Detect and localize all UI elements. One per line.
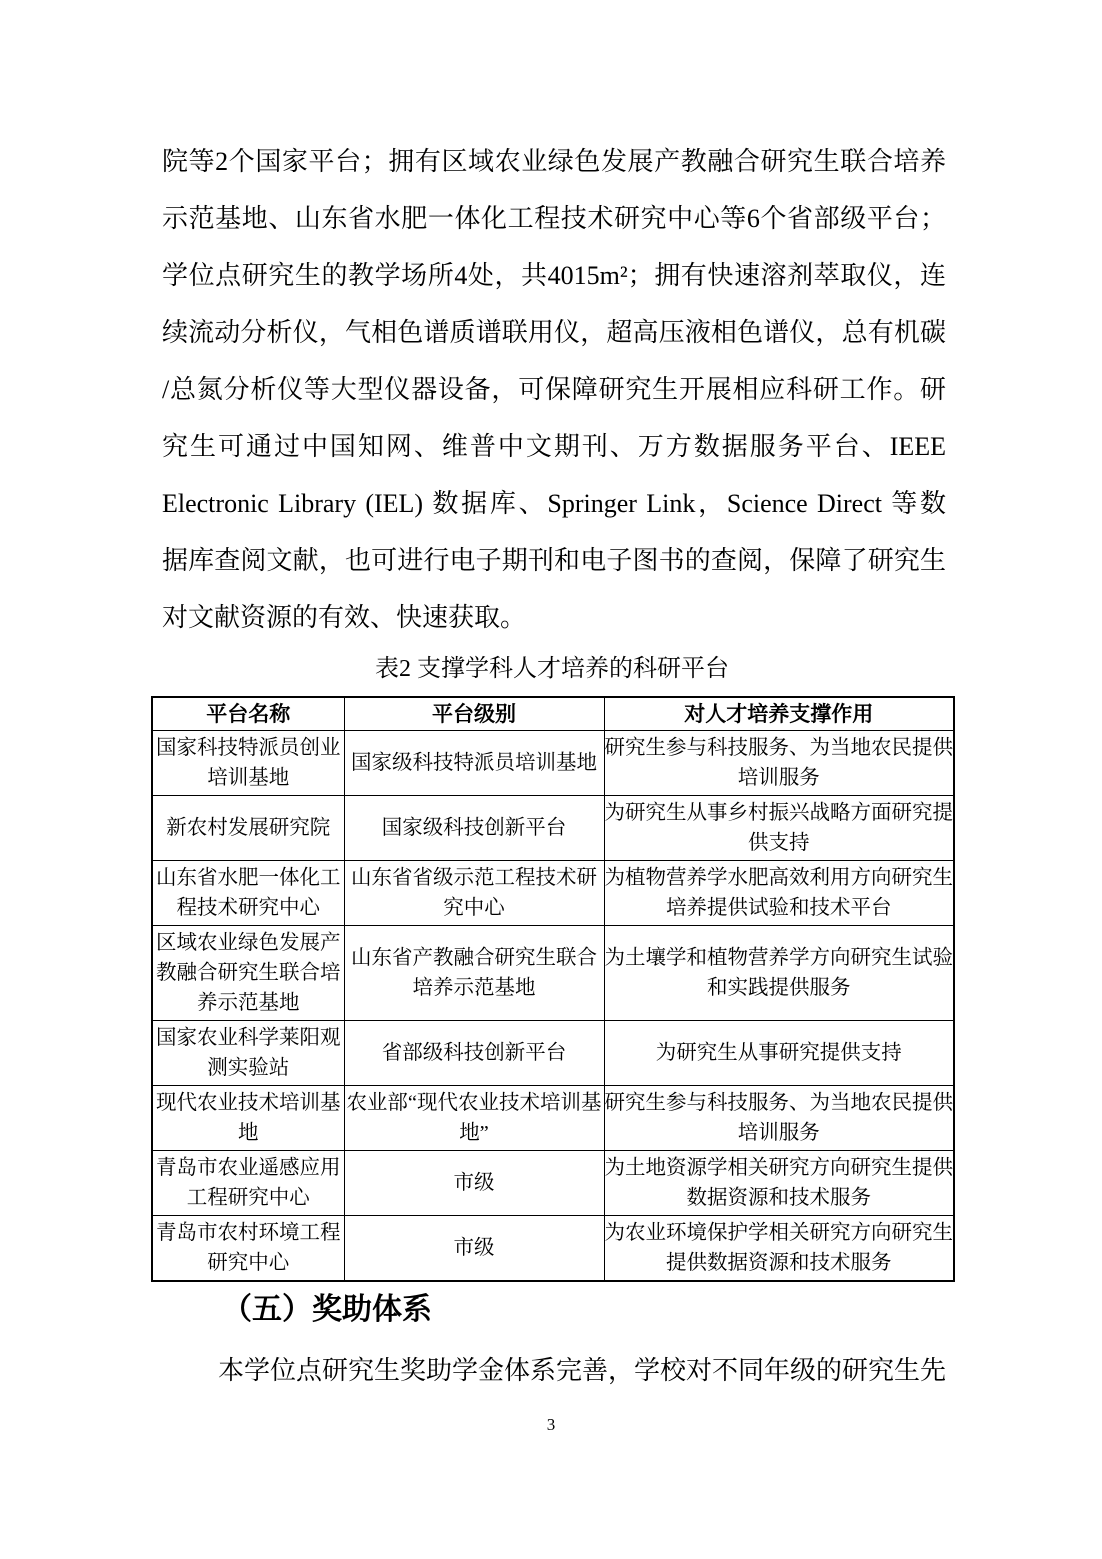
body-paragraph-2: 本学位点研究生奖助学金体系完善，学校对不同年级的研究生先 [218,1342,946,1399]
table-cell: 市级 [344,1216,604,1282]
table-cell: 青岛市农村环境工程研究中心 [152,1216,344,1282]
table-cell: 市级 [344,1151,604,1216]
table-header-cell: 平台级别 [344,697,604,731]
paragraph-line: 学位点研究生的教学场所4处，共4015m²；拥有快速溶剂萃取仪，连 [162,247,946,304]
paragraph-line: 续流动分析仪，气相色谱质谱联用仪，超高压液相色谱仪，总有机碳 [162,304,946,361]
body-paragraph-1: 院等2个国家平台；拥有区域农业绿色发展产教融合研究生联合培养示范基地、山东省水肥… [162,133,946,646]
table-row: 区域农业绿色发展产教融合研究生联合培养示范基地山东省产教融合研究生联合培养示范基… [152,926,954,1021]
table-cell: 为土壤学和植物营养学方向研究生试验和实践提供服务 [604,926,954,1021]
table-cell: 国家级科技创新平台 [344,796,604,861]
paragraph-line: 据库查阅文献，也可进行电子期刊和电子图书的查阅，保障了研究生 [162,532,946,589]
document-page: 院等2个国家平台；拥有区域农业绿色发展产教融合研究生联合培养示范基地、山东省水肥… [0,0,1102,1559]
table-body: 国家科技特派员创业培训基地国家级科技特派员培训基地研究生参与科技服务、为当地农民… [152,731,954,1282]
table-cell: 现代农业技术培训基地 [152,1086,344,1151]
table-cell: 新农村发展研究院 [152,796,344,861]
section-heading: （五）奖助体系 [222,1292,432,1328]
paragraph-line: Electronic Library (IEL) 数据库、Springer Li… [162,475,946,532]
table-row: 新农村发展研究院国家级科技创新平台为研究生从事乡村振兴战略方面研究提供支持 [152,796,954,861]
platform-table: 平台名称平台级别对人才培养支撑作用 国家科技特派员创业培训基地国家级科技特派员培… [151,696,955,1282]
table-row: 国家科技特派员创业培训基地国家级科技特派员培训基地研究生参与科技服务、为当地农民… [152,731,954,796]
paragraph-line: 对文献资源的有效、快速获取。 [162,589,946,646]
table-cell: 农业部“现代农业技术培训基地” [344,1086,604,1151]
table-row: 山东省水肥一体化工程技术研究中心山东省省级示范工程技术研究中心为植物营养学水肥高… [152,861,954,926]
table-cell: 为研究生从事乡村振兴战略方面研究提供支持 [604,796,954,861]
table-cell: 省部级科技创新平台 [344,1021,604,1086]
table-cell: 山东省产教融合研究生联合培养示范基地 [344,926,604,1021]
table-cell: 区域农业绿色发展产教融合研究生联合培养示范基地 [152,926,344,1021]
table-cell: 研究生参与科技服务、为当地农民提供培训服务 [604,731,954,796]
table-cell: 国家农业科学莱阳观测实验站 [152,1021,344,1086]
paragraph-line: 究生可通过中国知网、维普中文期刊、万方数据服务平台、IEEE [162,418,946,475]
table-header-cell: 对人才培养支撑作用 [604,697,954,731]
table-cell: 为农业环境保护学相关研究方向研究生提供数据资源和技术服务 [604,1216,954,1282]
table-cell: 国家科技特派员创业培训基地 [152,731,344,796]
table-cell: 山东省省级示范工程技术研究中心 [344,861,604,926]
table-cell: 青岛市农业遥感应用工程研究中心 [152,1151,344,1216]
table-caption: 表2 支撑学科人才培养的科研平台 [151,652,953,686]
table-cell: 为植物营养学水肥高效利用方向研究生培养提供试验和技术平台 [604,861,954,926]
paragraph-line: 院等2个国家平台；拥有区域农业绿色发展产教融合研究生联合培养 [162,133,946,190]
table-cell: 为研究生从事研究提供支持 [604,1021,954,1086]
table-header-cell: 平台名称 [152,697,344,731]
paragraph-line: /总氮分析仪等大型仪器设备，可保障研究生开展相应科研工作。研 [162,361,946,418]
table-row: 国家农业科学莱阳观测实验站省部级科技创新平台为研究生从事研究提供支持 [152,1021,954,1086]
table-row: 青岛市农业遥感应用工程研究中心市级为土地资源学相关研究方向研究生提供数据资源和技… [152,1151,954,1216]
page-number: 3 [0,1410,1102,1440]
table-cell: 国家级科技特派员培训基地 [344,731,604,796]
paragraph-line: 示范基地、山东省水肥一体化工程技术研究中心等6个省部级平台； [162,190,946,247]
table-cell: 山东省水肥一体化工程技术研究中心 [152,861,344,926]
table-header-row: 平台名称平台级别对人才培养支撑作用 [152,697,954,731]
table-row: 青岛市农村环境工程研究中心市级为农业环境保护学相关研究方向研究生提供数据资源和技… [152,1216,954,1282]
table-cell: 研究生参与科技服务、为当地农民提供培训服务 [604,1086,954,1151]
table-row: 现代农业技术培训基地农业部“现代农业技术培训基地”研究生参与科技服务、为当地农民… [152,1086,954,1151]
table-cell: 为土地资源学相关研究方向研究生提供数据资源和技术服务 [604,1151,954,1216]
